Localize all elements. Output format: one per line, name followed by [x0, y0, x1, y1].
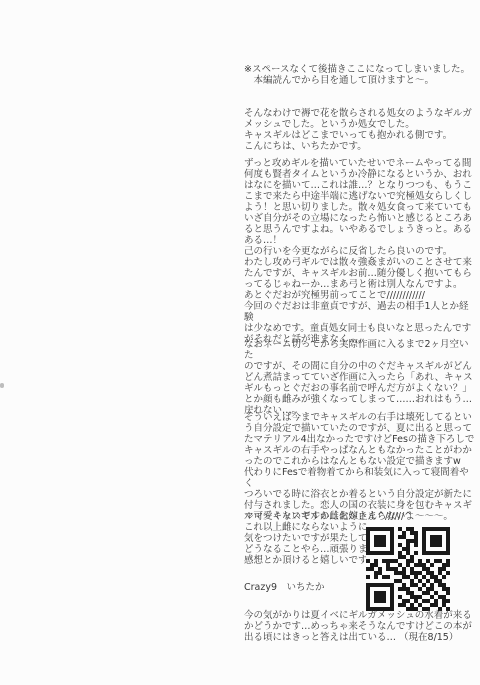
scan-artifact	[0, 383, 4, 388]
qr-code	[366, 527, 450, 611]
margin-note-text: ※スペースなくて後描きここになってしまいました。 本編読んでから目を通して頂けま…	[244, 64, 476, 86]
body-paragraph-3: そういえば今までキャスギルの右手は壊死してるとい う自分設定で描いていたのですが…	[244, 412, 476, 522]
intro-paragraph: そんなわけで褥で花を散らされる処女のようなギルガ メッシュでした。というか処女で…	[244, 108, 476, 152]
postscript-paragraph: 今の気がかりは夏イベにギルガメッシュの水着が来る かどうかです…めっちゃ来そうな…	[244, 610, 476, 643]
body-paragraph-1: ずっと攻めギルを描いていたせいでネームやってる間 何度も賢者タイムというか冷静に…	[244, 158, 476, 345]
body-paragraph-2: なおネーム切ってから実際作画に入るまで2ヶ月空いた のですが、その間に自分の中の…	[244, 339, 476, 416]
signature: Crazy9 いちたか	[244, 582, 476, 593]
doujin-afterword-page: ※スペースなくて後描きここになってしまいました。 本編読んでから目を通して頂けま…	[0, 0, 480, 685]
